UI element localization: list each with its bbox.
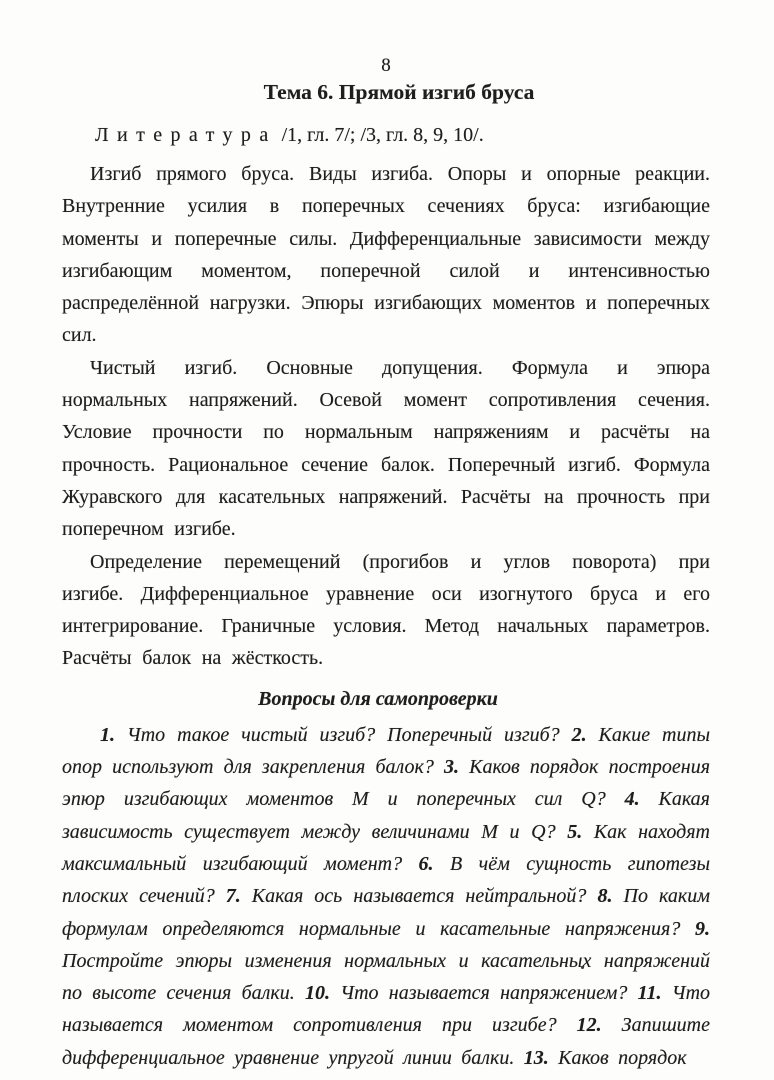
paragraph-displacements: Определение перемещений (прогибов и угло… xyxy=(62,546,710,675)
question-number: 4. xyxy=(625,788,640,810)
question-number: 3. xyxy=(444,756,459,778)
question-number: 2. xyxy=(572,724,587,746)
scanned-document-page: 8 Тема 6. Прямой изгиб бруса Литература … xyxy=(0,0,774,1080)
question-number: 11. xyxy=(638,982,662,1004)
literature-refs: /1, гл. 7/; /3, гл. 8, 9, 10/. xyxy=(282,124,484,146)
question-number: 7. xyxy=(226,885,241,907)
paragraph-bending-overview: Изгиб прямого бруса. Виды изгиба. Опоры … xyxy=(62,158,710,352)
paragraph-pure-bending: Чистый изгиб. Основные допущения. Формул… xyxy=(62,352,710,546)
question-number: 12. xyxy=(577,1014,602,1036)
question-number: 8. xyxy=(597,885,612,907)
question-number: 13. xyxy=(524,1047,549,1069)
page-title: Тема 6. Прямой изгиб бруса xyxy=(75,79,723,106)
question-number: 5. xyxy=(567,821,582,843)
question-number: 6. xyxy=(419,853,434,875)
page-number: 8 xyxy=(62,57,710,75)
self-check-heading: Вопросы для самопроверки xyxy=(54,685,702,713)
scan-artifact-dot xyxy=(581,966,584,969)
questions-paragraph: 1. Что такое чистый изгиб? Поперечный из… xyxy=(62,719,710,1074)
question-number: 1. xyxy=(100,724,115,746)
literature-label: Литература xyxy=(95,124,277,146)
question-number: 9. xyxy=(695,918,710,940)
literature-line: Литература /1, гл. 7/; /3, гл. 8, 9, 10/… xyxy=(62,120,710,150)
question-number: 10. xyxy=(305,982,330,1004)
